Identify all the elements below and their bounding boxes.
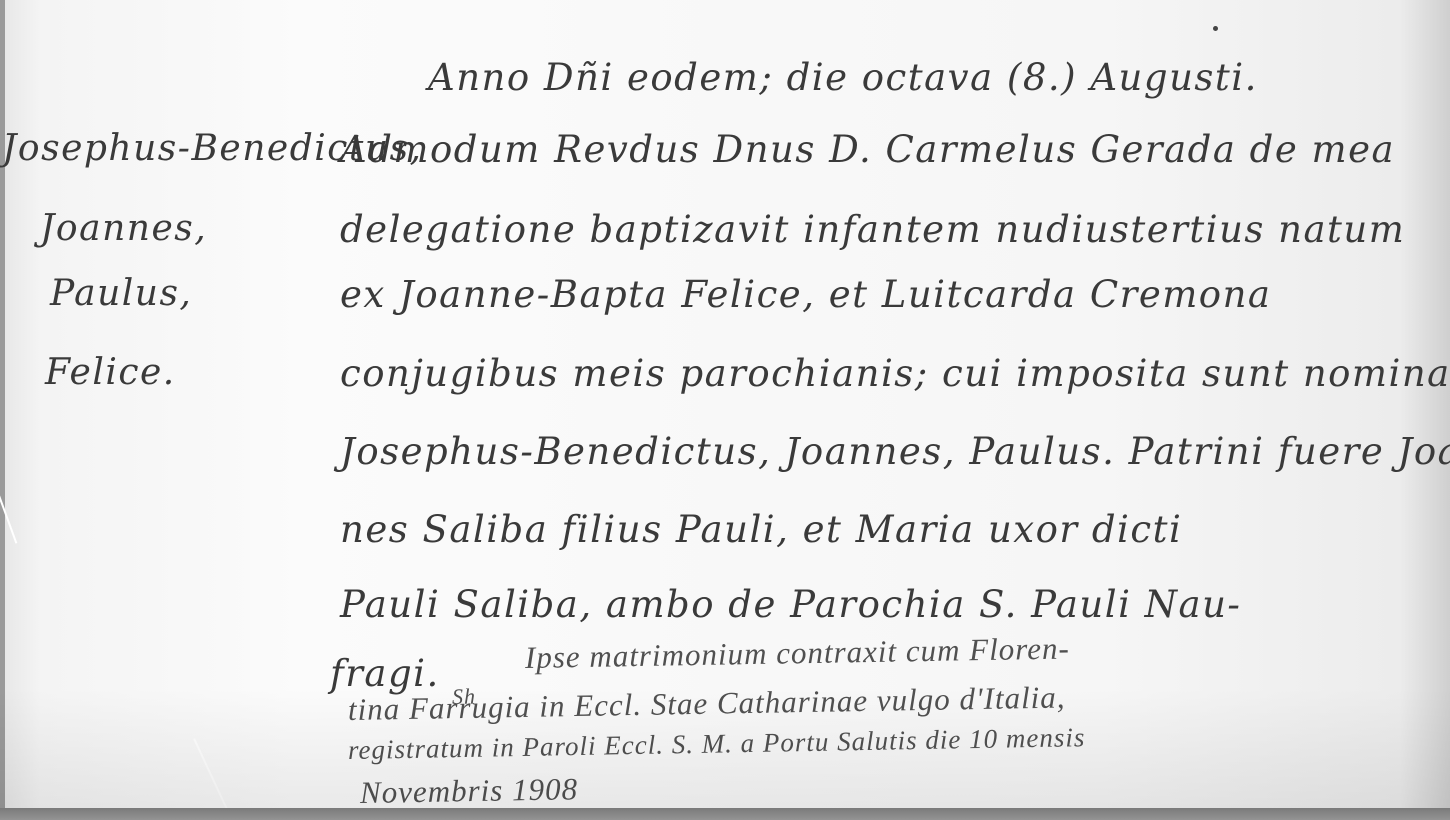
scan-scratch (193, 738, 229, 808)
entry-line-8: fragi. (330, 652, 440, 695)
margin-name-felice: Felice. (45, 352, 176, 393)
entry-line-3: ex Joanne-Bapta Felice, et Luitcarda Cre… (340, 273, 1271, 316)
entry-heading-date: Anno Dñi eodem; die octava (8.) Augusti. (428, 56, 1258, 99)
entry-line-4: conjugibus meis parochianis; cui imposit… (340, 352, 1450, 395)
margin-name-joannes: Joannes, (40, 208, 207, 249)
entry-line-6: nes Saliba filius Pauli, et Maria uxor d… (340, 508, 1182, 551)
page-left-edge (0, 0, 5, 808)
entry-line-7: Pauli Saliba, ambo de Parochia S. Pauli … (340, 583, 1241, 626)
annotation-line-3: registratum in Paroli Eccl. S. M. a Port… (348, 722, 1086, 766)
ink-dot (1213, 26, 1218, 31)
scan-bottom-edge (0, 808, 1450, 820)
annotation-mark: Sh (452, 684, 476, 710)
margin-name-paulus: Paulus, (50, 273, 192, 314)
document-page: Josephus-Benedictus, Joannes, Paulus, Fe… (0, 0, 1450, 808)
entry-line-5: Josephus-Benedictus, Joannes, Paulus. Pa… (340, 430, 1450, 473)
annotation-line-1: Ipse matrimonium contraxit cum Floren- (525, 630, 1070, 676)
entry-line-2: delegatione baptizavit infantem nudiuste… (340, 208, 1405, 251)
entry-line-1: Admodum Revdus Dnus D. Carmelus Gerada d… (340, 128, 1395, 171)
annotation-line-4: Novembris 1908 (360, 771, 579, 808)
